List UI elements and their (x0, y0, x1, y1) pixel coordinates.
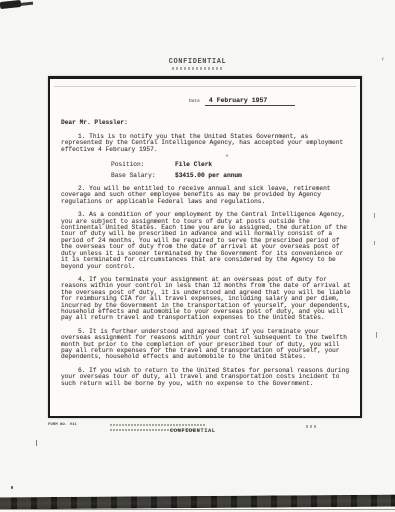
salary-row: Base Salary:$3415.00 per annum (111, 172, 351, 179)
form-number: FORM NO. 911 (48, 423, 77, 428)
scan-tick-mark (36, 440, 37, 446)
letter-body: Date4 February 1957 Dear Mr. Plessler: 1… (61, 79, 351, 416)
classification-header-text: CONFIDENTIAL (169, 58, 227, 66)
paragraph-1: 1. This is to notify you that the United… (61, 134, 351, 153)
paragraph-6: 6. If you wish to return to the United S… (61, 368, 351, 387)
position-row: Position:File Clerk (111, 161, 351, 168)
faint-page-mark (306, 425, 316, 428)
date-row: Date4 February 1957 (189, 98, 351, 105)
illegible-stamp-line (172, 67, 224, 70)
scan-artifact-top-left (0, 0, 21, 9)
salary-label: Base Salary: (111, 172, 175, 179)
paragraph-3: 3. As a condition of your employment by … (61, 212, 351, 270)
scanned-document-page: CONFIDENTIAL , Date4 February 1957 Dear … (0, 0, 395, 512)
scan-speck-right-3 (376, 332, 377, 338)
letter-sheet: Date4 February 1957 Dear Mr. Plessler: 1… (48, 76, 362, 418)
scan-speck-right-1 (374, 213, 375, 218)
paragraph-5: 5. It is further understood and agreed t… (61, 329, 351, 361)
scan-speck-top-right: , (381, 53, 386, 62)
paragraph-4: 4. If you terminate your assignment at a… (61, 277, 351, 322)
position-value: File Clerk (175, 161, 212, 168)
scan-dot-mark (11, 486, 13, 489)
classification-header: CONFIDENTIAL (0, 58, 395, 70)
salary-value: $3415.00 per annum (175, 172, 242, 179)
paragraph-2: 2. You will be entitled to receive annua… (61, 186, 351, 205)
film-edge-band (0, 495, 395, 510)
position-salary-block: Position:File Clerk Base Salary:$3415.00… (111, 161, 351, 179)
page-footer: FORM NO. 911 CONFIDENTIAL (48, 423, 366, 437)
position-label: Position: (111, 161, 175, 168)
film-edge-underline (0, 509, 395, 510)
scan-speck-right-2 (374, 241, 375, 245)
salutation: Dear Mr. Plessler: (61, 120, 351, 126)
date-label: Date (189, 99, 200, 104)
scan-speck-quote: " (225, 155, 229, 163)
classification-footer: CONFIDENTIAL (170, 427, 216, 434)
date-value: 4 February 1957 (205, 97, 296, 106)
